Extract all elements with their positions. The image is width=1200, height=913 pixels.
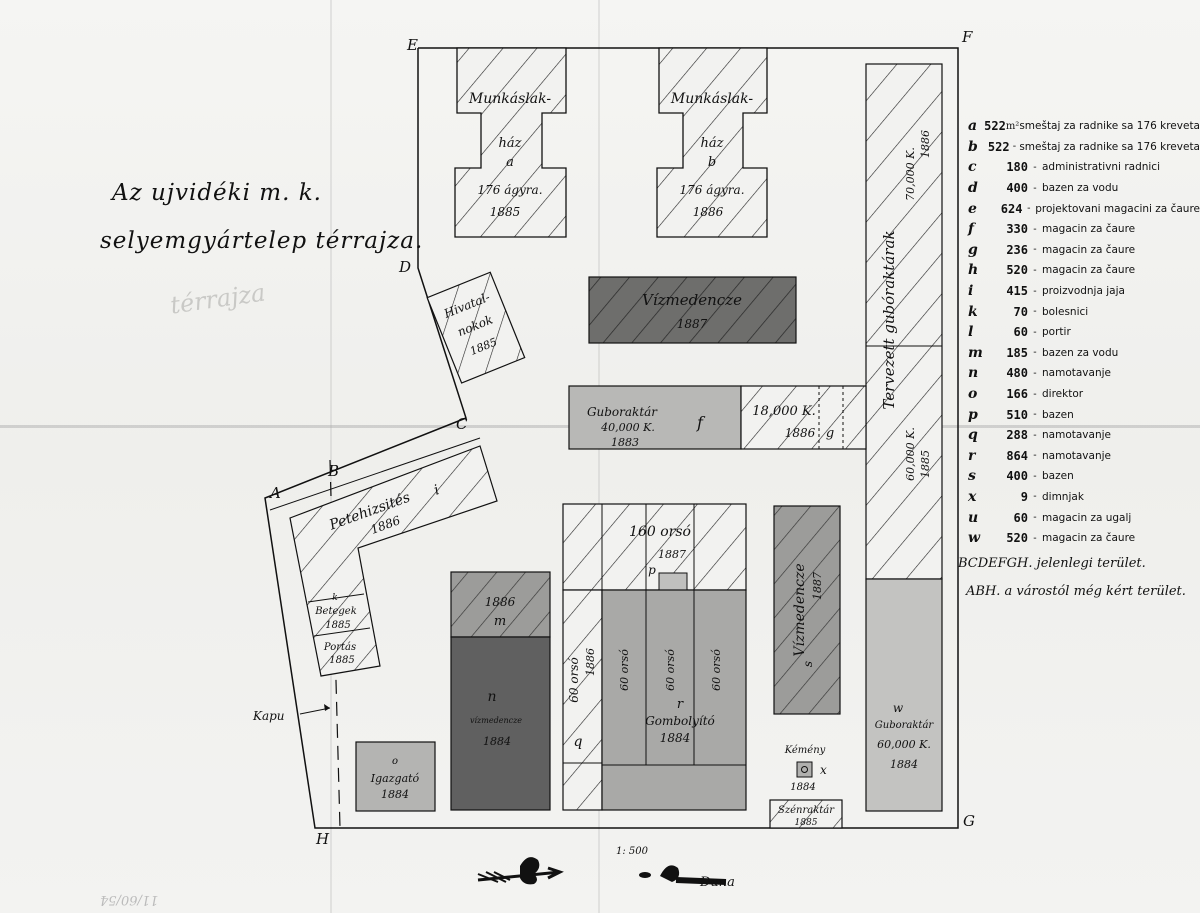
corner-e: E	[407, 36, 418, 54]
legend-row: n480-namotavanje	[968, 363, 1200, 384]
building-m-year: 1886	[485, 595, 516, 609]
building-p-letter: p	[648, 563, 656, 577]
legend-letter: x	[968, 489, 992, 505]
corner-f: F	[962, 28, 972, 46]
building-k-year: 1885	[325, 620, 350, 631]
legend-letter: e	[968, 201, 990, 217]
building-w-label: Guboraktár	[875, 720, 935, 731]
building-p-spindles: 160 orsó	[629, 524, 691, 540]
building-b-letter: b	[708, 155, 716, 170]
legend-letter: g	[968, 242, 992, 258]
legend-unit: -	[1028, 347, 1042, 358]
legend-row: b522-smeštaj za radnike sa 176 kreveta	[968, 137, 1200, 158]
legend-letter: c	[968, 159, 992, 175]
legend-row: c180-administrativni radnici	[968, 157, 1200, 178]
legend-area: 864	[992, 449, 1028, 463]
building-a-letter: a	[506, 155, 514, 170]
gate-label: Kapu	[252, 709, 285, 723]
legend-letter: d	[968, 180, 992, 196]
legend-letter: o	[968, 386, 992, 402]
legend-unit: -	[1028, 471, 1042, 482]
legend-area: 180	[992, 160, 1028, 174]
building-b-label2: ház	[701, 136, 724, 151]
building-n-year: 1884	[483, 735, 511, 748]
legend-unit: -	[1028, 162, 1042, 173]
building-g-capacity: 18,000 K.	[752, 404, 815, 419]
legend-area: 236	[992, 243, 1028, 257]
legend-letter: s	[968, 468, 992, 484]
building-b-label: Munkáslak-	[670, 91, 753, 107]
legend-row: h520-magacin za čaure	[968, 260, 1200, 281]
legend-desc: namotavanje	[1042, 367, 1111, 379]
building-k-letter: k	[332, 593, 337, 603]
legend-letter: f	[968, 221, 992, 237]
building-p-year: 1887	[658, 548, 686, 561]
legend-letter: i	[968, 283, 992, 299]
legend-unit: -	[1022, 203, 1035, 214]
corner-d: D	[399, 258, 411, 276]
legend-desc: bazen	[1042, 470, 1074, 482]
legend-desc: magacin za čaure	[1042, 264, 1135, 276]
legend-unit: -	[1010, 141, 1020, 152]
legend-area: 480	[992, 366, 1028, 380]
legend-area: 400	[992, 181, 1028, 195]
legend-unit: -	[1028, 409, 1042, 420]
legend-area: 400	[992, 469, 1028, 483]
building-w-letter: w	[893, 701, 904, 715]
legend-desc: magacin za čaure	[1042, 223, 1135, 235]
legend-desc: magacin za ugalj	[1042, 512, 1131, 524]
building-f-year: 1883	[611, 436, 639, 449]
legend-desc: smeštaj za radnike sa 176 kreveta	[1019, 120, 1200, 132]
building-e-capacity2: 60,000 K.	[904, 427, 917, 481]
legend-area: 520	[992, 263, 1028, 277]
building-d-label: Vízmedencze	[642, 291, 742, 309]
building-n-label: vízmedencze	[470, 716, 522, 725]
legend-row: l60-portir	[968, 322, 1200, 343]
compass-arrow-icon	[478, 857, 726, 884]
building-w-year: 1884	[890, 758, 918, 771]
building-u-label: Szénraktár	[778, 805, 835, 816]
building-w[interactable]	[866, 579, 942, 811]
building-g-year: 1886	[785, 426, 816, 440]
legend-desc: portir	[1042, 326, 1071, 338]
building-q-letter: q	[574, 734, 583, 750]
corner-h: H	[316, 830, 329, 848]
building-e-year1: 1886	[919, 130, 932, 158]
building-r-letter: r	[677, 697, 684, 712]
legend-area: 288	[992, 428, 1028, 442]
legend-row: x9-dimnjak	[968, 487, 1200, 508]
legend-unit: -	[1028, 327, 1042, 338]
legend-unit: -	[1028, 389, 1042, 400]
corner-g: G	[963, 812, 975, 830]
legend-area: 522	[985, 140, 1010, 154]
building-r[interactable]	[602, 590, 746, 810]
legend-unit: -	[1028, 368, 1042, 379]
building-o-year: 1884	[381, 788, 409, 801]
legend-row: p510-bazen	[968, 404, 1200, 425]
building-d[interactable]	[589, 277, 796, 343]
building-l-year: 1885	[329, 655, 354, 666]
legend-row: m185-bazen za vodu	[968, 343, 1200, 364]
legend-desc: bazen	[1042, 409, 1074, 421]
legend-desc: bazen za vodu	[1042, 347, 1118, 359]
legend-area: 624	[990, 202, 1023, 216]
corner-b: B	[328, 462, 339, 480]
building-u-year: 1885	[795, 818, 818, 828]
building-k-label[interactable]: Betegek	[314, 606, 357, 617]
legend-row: f330-magacin za čaure	[968, 219, 1200, 240]
legend-desc: magacin za čaure	[1042, 244, 1135, 256]
legend-desc: bolesnici	[1042, 306, 1088, 318]
legend-area: 415	[992, 284, 1028, 298]
legend-area: 185	[992, 346, 1028, 360]
building-s-letter: s	[801, 661, 815, 667]
chimney-label: Kémény	[784, 745, 826, 756]
legend-note-current-area: BCDEFGH. jelenlegi terület.	[958, 556, 1146, 571]
compass-label: Duna	[699, 875, 735, 890]
building-r-spindles-3: 60 orsó	[710, 649, 723, 691]
legend-letter: n	[968, 365, 992, 381]
legend-unit: -	[1028, 286, 1042, 297]
legend: a522m²smeštaj za radnike sa 176 kreveta …	[968, 116, 1200, 548]
building-w-capacity: 60,000 K.	[877, 738, 931, 751]
legend-unit: -	[1028, 265, 1042, 276]
legend-row: i415-proizvodnja jaja	[968, 281, 1200, 302]
legend-unit: -	[1028, 491, 1042, 502]
legend-unit: -	[1028, 183, 1042, 194]
gate-arrow-head	[324, 704, 330, 711]
chimney-x[interactable]	[797, 762, 812, 777]
legend-letter: b	[968, 139, 985, 155]
legend-row: w520-magacin za čaure	[968, 528, 1200, 549]
building-s-label: Vízmedencze	[792, 563, 808, 656]
archive-stamp: 11/60/54	[100, 892, 158, 907]
legend-area: 520	[992, 531, 1028, 545]
legend-unit: -	[1028, 244, 1042, 255]
building-p[interactable]	[563, 504, 746, 590]
building-e-year2: 1885	[919, 450, 932, 478]
legend-unit: m²	[1006, 121, 1020, 132]
legend-row: s400-bazen	[968, 466, 1200, 487]
legend-area: 510	[992, 408, 1028, 422]
legend-desc: bazen za vodu	[1042, 182, 1118, 194]
building-e-label: Tervezett gubóraktárak	[880, 230, 898, 409]
legend-letter: q	[968, 427, 992, 443]
building-f-capacity: 40,000 K.	[600, 421, 655, 434]
building-q-year: 1886	[584, 648, 597, 676]
legend-area: 60	[992, 511, 1028, 525]
building-g-letter: g	[826, 426, 834, 441]
building-a-label2: ház	[499, 136, 522, 151]
legend-row: u60-magacin za ugalj	[968, 507, 1200, 528]
building-a-beds: 176 ágyra.	[477, 183, 542, 197]
building-r-spindles-2: 60 orsó	[664, 649, 677, 691]
building-a-year: 1885	[490, 205, 521, 219]
building-a-label: Munkáslak-	[468, 91, 551, 107]
legend-desc: magacin za čaure	[1042, 532, 1135, 544]
building-n-letter: n	[487, 689, 496, 705]
legend-letter: k	[968, 304, 992, 320]
legend-row: d400-bazen za vodu	[968, 178, 1200, 199]
legend-desc: proizvodnja jaja	[1042, 285, 1125, 297]
legend-area: 70	[992, 305, 1028, 319]
corner-c: C	[456, 415, 467, 433]
legend-unit: -	[1028, 450, 1042, 461]
building-s-year: 1887	[811, 572, 824, 600]
legend-area: 330	[992, 222, 1028, 236]
legend-row: a522m²smeštaj za radnike sa 176 kreveta	[968, 116, 1200, 137]
building-o-letter: o	[392, 756, 398, 767]
legend-area: 522	[983, 119, 1006, 133]
legend-letter: l	[968, 324, 992, 340]
legend-letter: w	[968, 530, 992, 546]
building-c[interactable]: Hivatal- nokok 1885	[427, 272, 525, 383]
legend-desc: administrativni radnici	[1042, 161, 1160, 173]
legend-desc: namotavanje	[1042, 450, 1111, 462]
legend-area: 9	[992, 490, 1028, 504]
chimney-letter: x	[820, 763, 827, 777]
building-b-year: 1886	[693, 205, 724, 219]
legend-row: q288-namotavanje	[968, 425, 1200, 446]
legend-row: e624-projektovani magacini za čaure	[968, 198, 1200, 219]
legend-row: r864-namotavanje	[968, 446, 1200, 467]
legend-desc: namotavanje	[1042, 429, 1111, 441]
legend-desc: projektovani magacini za čaure	[1035, 203, 1200, 215]
scale-label: 1: 500	[616, 846, 648, 857]
legend-area: 166	[992, 387, 1028, 401]
building-q-spindles: 60 orsó	[567, 657, 581, 702]
legend-area: 60	[992, 325, 1028, 339]
legend-unit: -	[1028, 430, 1042, 441]
legend-letter: r	[968, 448, 992, 464]
building-r-year: 1884	[660, 731, 691, 745]
building-r-spindles-1: 60 orsó	[618, 649, 631, 691]
building-l-label[interactable]: Portás	[323, 642, 356, 653]
legend-row: g236-magacin za čaure	[968, 240, 1200, 261]
building-d-year: 1887	[677, 317, 708, 331]
legend-unit: -	[1028, 512, 1042, 523]
legend-letter: m	[968, 345, 992, 361]
chimney-year: 1884	[790, 782, 815, 793]
legend-note-requested-area: ABH. a várostól még kért terület.	[966, 584, 1186, 599]
legend-letter: a	[968, 118, 983, 134]
legend-desc: smeštaj za radnike sa 176 kreveta	[1019, 141, 1200, 153]
legend-unit: -	[1028, 306, 1042, 317]
corner-a: A	[270, 484, 281, 502]
legend-desc: dimnjak	[1042, 491, 1084, 503]
legend-letter: u	[968, 510, 992, 526]
building-b-beds: 176 ágyra.	[679, 183, 744, 197]
legend-row: k70-bolesnici	[968, 301, 1200, 322]
building-o-label: Igazgató	[370, 772, 420, 785]
building-e-capacity1: 70,000 K.	[904, 147, 917, 201]
building-m-letter: m	[494, 614, 506, 629]
legend-desc: direktor	[1042, 388, 1083, 400]
legend-unit: -	[1028, 533, 1042, 544]
building-r-label: Gombolyító	[645, 714, 715, 728]
legend-unit: -	[1028, 224, 1042, 235]
legend-letter: p	[968, 407, 992, 423]
legend-row: o166-direktor	[968, 384, 1200, 405]
building-f-label: Guboraktár	[587, 405, 658, 419]
legend-letter: h	[968, 262, 992, 278]
